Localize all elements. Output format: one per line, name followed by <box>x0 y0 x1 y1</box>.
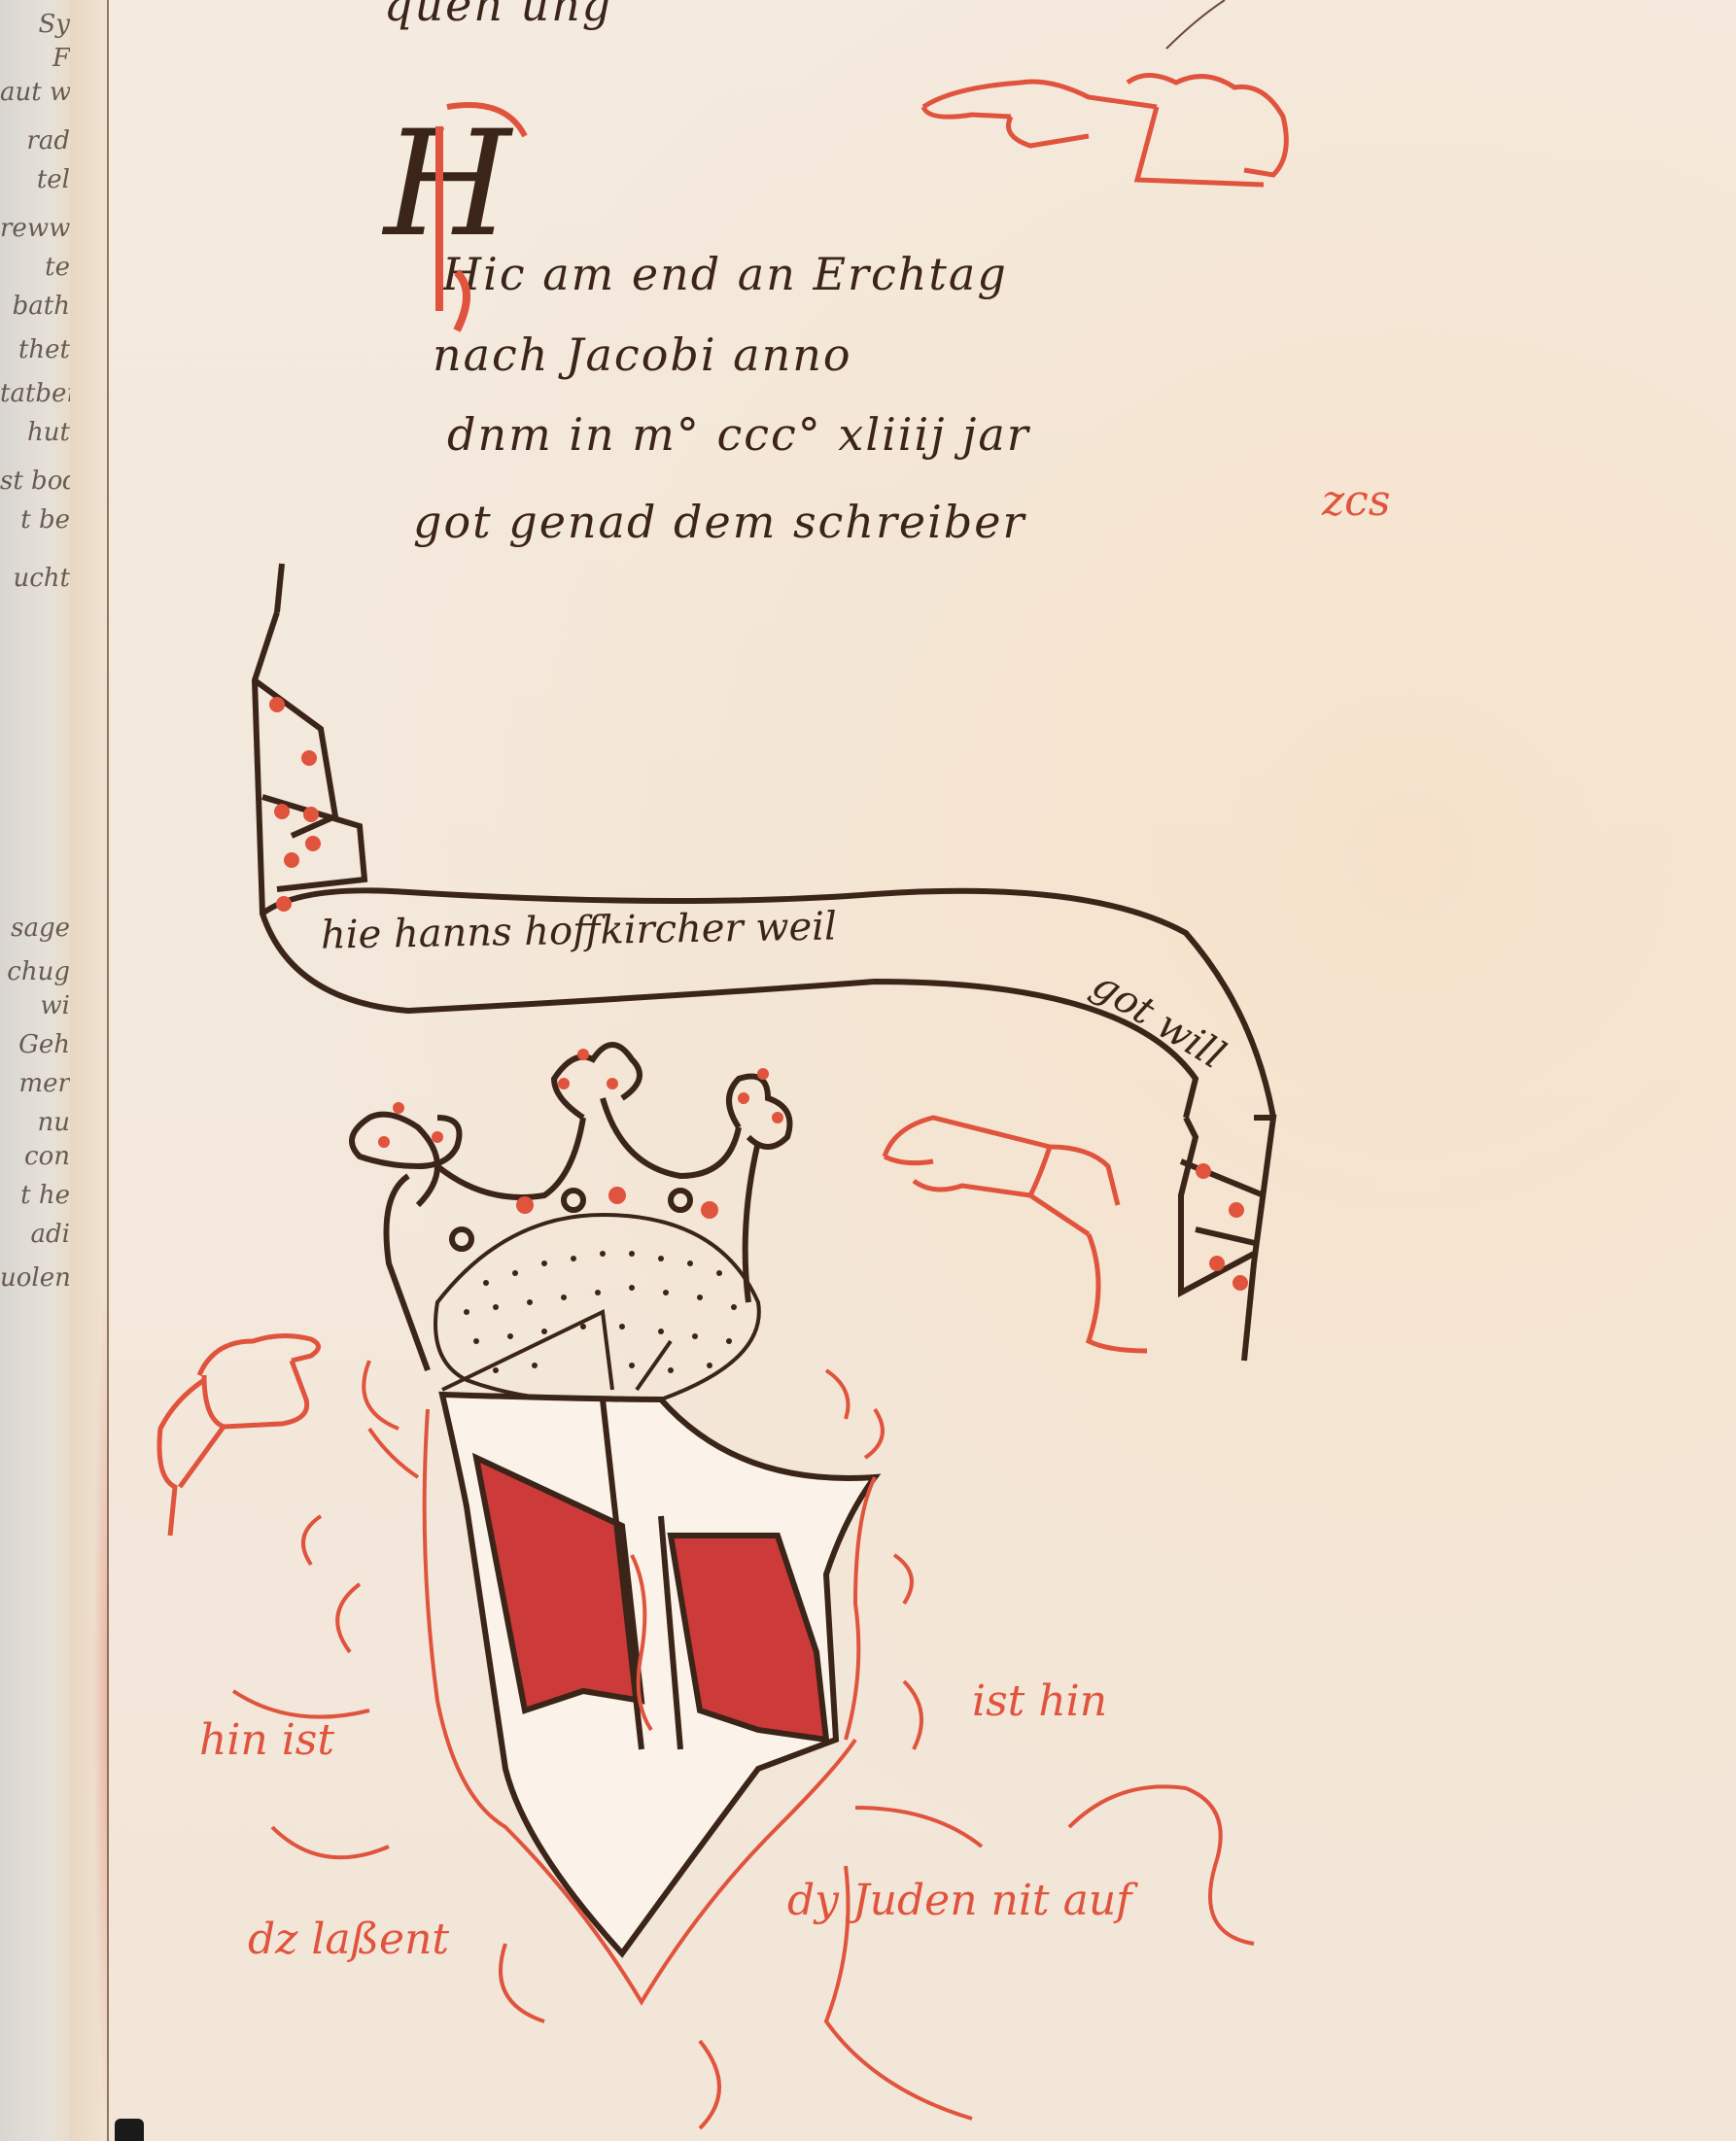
banderole-text: hie hanns hoffkircher weil <box>321 904 838 957</box>
banderole-scroll <box>255 564 1273 1361</box>
pointing-hand-icon <box>885 1118 1147 1351</box>
pointing-hand-icon <box>159 1335 319 1536</box>
inscription-left: hin ist <box>199 1715 334 1765</box>
illustration-layer <box>0 0 1736 2141</box>
crown-crest <box>352 1045 790 1402</box>
pointing-hand-icon <box>923 0 1286 185</box>
inscription-bottom-left: dz laßent <box>248 1915 449 1964</box>
inscription-bottom-right: dy Juden nit auf <box>787 1876 1131 1925</box>
shield <box>442 1395 875 1953</box>
inscription-right: ist hin <box>972 1676 1107 1726</box>
